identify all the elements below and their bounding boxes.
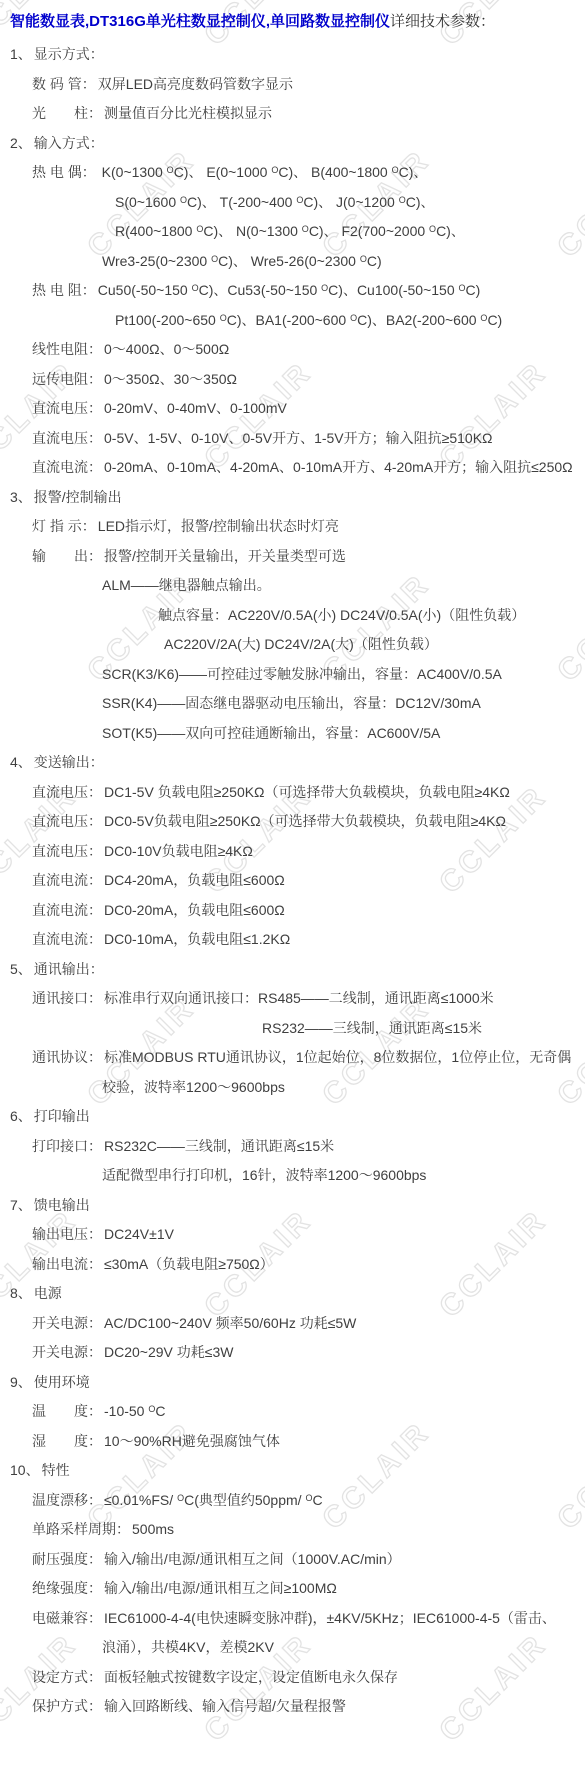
section-9: 9、使用环境温 度：-10-50 OC湿 度：10～90%RH避免强腐蚀气体 bbox=[10, 1368, 585, 1457]
section-title: 变送输出： bbox=[34, 754, 104, 770]
line-text: RS232C——三线制，通讯距离≤15米 bbox=[104, 1138, 334, 1154]
line-label: 直流电流： bbox=[32, 931, 102, 947]
line-label: 直流电流： bbox=[32, 459, 102, 475]
spec-line: 直流电流：DC0-20mA，负载电阻≤600Ω bbox=[10, 896, 585, 926]
page-title: 智能数显表,DT316G单光柱数显控制仪,单回路数显控制仪详细技术参数： bbox=[10, 8, 585, 36]
section-title: 输入方式： bbox=[34, 135, 104, 151]
line-text: DC0-5V负载电阻≥250KΩ（可选择带大负载模块，负载电阻≥4KΩ bbox=[104, 813, 506, 829]
section-3: 3、报警/控制输出灯 指 示：LED指示灯，报警/控制输出状态时灯亮输 出：报警… bbox=[10, 483, 585, 749]
line-text: DC0-10V负载电阻≥4KΩ bbox=[104, 843, 253, 859]
line-text: DC0-20mA，负载电阻≤600Ω bbox=[104, 902, 285, 918]
section-title: 打印输出 bbox=[34, 1108, 90, 1124]
spec-line: 耐压强度：输入/输出/电源/通讯相互之间（1000V.AC/min） bbox=[10, 1545, 585, 1575]
line-label: 直流电压： bbox=[32, 843, 102, 859]
section-title: 特性 bbox=[42, 1462, 70, 1478]
line-label: 输出电压： bbox=[32, 1226, 102, 1242]
line-text: ≤30mA（负载电阻≥750Ω） bbox=[104, 1256, 274, 1272]
section-heading: 8、电源 bbox=[10, 1279, 585, 1309]
spec-line: 单路采样周期：500ms bbox=[10, 1515, 585, 1545]
line-text: 标准MODBUS RTU通讯协议，1位起始位，8位数据位，1位停止位，无奇偶 bbox=[104, 1049, 571, 1065]
line-text: 0-20mV、0-40mV、0-100mV bbox=[104, 400, 287, 416]
line-text: DC1-5V 负载电阻≥250KΩ（可选择带大负载模块，负载电阻≥4KΩ bbox=[104, 784, 510, 800]
line-text: -10-50 OC bbox=[104, 1403, 166, 1419]
section-number: 8、 bbox=[10, 1285, 32, 1301]
section-heading: 1、显示方式： bbox=[10, 40, 585, 70]
line-text: Pt100(-200~650 OC)、BA1(-200~600 OC)、BA2(… bbox=[115, 312, 502, 328]
section-number: 9、 bbox=[10, 1374, 32, 1390]
line-text: S(0~1600 OC)、 T(-200~400 OC)、 J(0~1200 O… bbox=[115, 194, 434, 210]
section-1: 1、显示方式：数 码 管：双屏LED高亮度数码管数字显示光 柱：测量值百分比光柱… bbox=[10, 40, 585, 129]
spec-line: 直流电流：DC0-10mA，负载电阻≤1.2KΩ bbox=[10, 925, 585, 955]
section-4: 4、变送输出：直流电压：DC1-5V 负载电阻≥250KΩ（可选择带大负载模块，… bbox=[10, 748, 585, 955]
section-number: 6、 bbox=[10, 1108, 32, 1124]
line-text: Cu50(-50~150 OC)、Cu53(-50~150 OC)、Cu100(… bbox=[98, 282, 481, 298]
line-label: 温 度： bbox=[32, 1403, 102, 1419]
section-title: 通讯输出： bbox=[34, 961, 104, 977]
line-text: K(0~1300 OC)、 E(0~1000 OC)、 B(400~1800 O… bbox=[98, 164, 428, 180]
line-text: 双屏LED高亮度数码管数字显示 bbox=[98, 76, 293, 92]
spec-line: 打印接口：RS232C——三线制，通讯距离≤15米 bbox=[10, 1132, 585, 1162]
line-text: Wre3-25(0~2300 OC)、 Wre5-26(0~2300 OC) bbox=[102, 253, 382, 269]
spec-line: 直流电压：0-5V、1-5V、0-10V、0-5V开方、1-5V开方；输入阻抗≥… bbox=[10, 424, 585, 454]
line-text: 0～350Ω、30～350Ω bbox=[104, 371, 237, 387]
line-label: 直流电压： bbox=[32, 400, 102, 416]
line-text: AC220V/2A(大) DC24V/2A(大)（阻性负载） bbox=[164, 636, 438, 652]
spec-line: 开关电源：AC/DC100~240V 频率50/60Hz 功耗≤5W bbox=[10, 1309, 585, 1339]
line-label: 打印接口： bbox=[32, 1138, 102, 1154]
line-text: ≤0.01%FS/ OC(典型值约50ppm/ OC bbox=[104, 1492, 323, 1508]
line-text: 浪涌），共模4KV，差模2KV bbox=[102, 1639, 274, 1655]
line-text: 0-5V、1-5V、0-10V、0-5V开方、1-5V开方；输入阻抗≥510KΩ bbox=[104, 430, 493, 446]
spec-line: SSR(K4)——固态继电器驱动电压输出，容量：DC12V/30mA bbox=[10, 689, 585, 719]
spec-line: AC220V/2A(大) DC24V/2A(大)（阻性负载） bbox=[10, 630, 585, 660]
spec-line: 触点容量：AC220V/0.5A(小) DC24V/0.5A(小)（阻性负载） bbox=[10, 601, 585, 631]
line-text: 测量值百分比光柱模拟显示 bbox=[104, 105, 272, 121]
line-text: SOT(K5)——双向可控硅通断输出，容量：AC600V/5A bbox=[102, 725, 440, 741]
line-label: 直流电压： bbox=[32, 784, 102, 800]
section-heading: 10、特性 bbox=[10, 1456, 585, 1486]
section-heading: 7、馈电输出 bbox=[10, 1191, 585, 1221]
spec-line: 直流电压：DC1-5V 负载电阻≥250KΩ（可选择带大负载模块，负载电阻≥4K… bbox=[10, 778, 585, 808]
line-label: 远传电阻： bbox=[32, 371, 102, 387]
spec-line: S(0~1600 OC)、 T(-200~400 OC)、 J(0~1200 O… bbox=[10, 188, 585, 218]
line-label: 灯 指 示： bbox=[32, 518, 96, 534]
spec-line: 数 码 管：双屏LED高亮度数码管数字显示 bbox=[10, 70, 585, 100]
section-2: 2、输入方式：热 电 偶： K(0~1300 OC)、 E(0~1000 OC)… bbox=[10, 129, 585, 483]
line-text: IEC61000-4-4(电快速瞬变脉冲群)，±4KV/5KHz；IEC6100… bbox=[104, 1610, 556, 1626]
spec-line: 光 柱：测量值百分比光柱模拟显示 bbox=[10, 99, 585, 129]
line-text: DC0-10mA，负载电阻≤1.2KΩ bbox=[104, 931, 290, 947]
section-number: 2、 bbox=[10, 135, 32, 151]
line-text: DC20~29V 功耗≤3W bbox=[104, 1344, 233, 1360]
spec-line: 通讯协议：标准MODBUS RTU通讯协议，1位起始位，8位数据位，1位停止位，… bbox=[10, 1043, 585, 1073]
page-title-product-names: 智能数显表,DT316G单光柱数显控制仪,单回路数显控制仪 bbox=[10, 13, 390, 30]
spec-line: 湿 度：10～90%RH避免强腐蚀气体 bbox=[10, 1427, 585, 1457]
spec-line: 直流电流：0-20mA、0-10mA、4-20mA、0-10mA开方、4-20m… bbox=[10, 453, 585, 483]
spec-line: Pt100(-200~650 OC)、BA1(-200~600 OC)、BA2(… bbox=[10, 306, 585, 336]
line-label: 保护方式： bbox=[32, 1698, 102, 1714]
line-label: 输出电流： bbox=[32, 1256, 102, 1272]
section-heading: 4、变送输出： bbox=[10, 748, 585, 778]
section-7: 7、馈电输出输出电压：DC24V±1V输出电流：≤30mA（负载电阻≥750Ω） bbox=[10, 1191, 585, 1280]
line-label: 直流电流： bbox=[32, 902, 102, 918]
spec-line: 热 电 阻：Cu50(-50~150 OC)、Cu53(-50~150 OC)、… bbox=[10, 276, 585, 306]
line-text: SCR(K3/K6)——可控硅过零触发脉冲输出，容量：AC400V/0.5A bbox=[102, 666, 502, 682]
section-title: 报警/控制输出 bbox=[34, 489, 122, 505]
section-6: 6、打印输出打印接口：RS232C——三线制，通讯距离≤15米适配微型串行打印机… bbox=[10, 1102, 585, 1191]
section-number: 10、 bbox=[10, 1462, 40, 1478]
spec-line: 远传电阻：0～350Ω、30～350Ω bbox=[10, 365, 585, 395]
spec-line: 直流电压：DC0-5V负载电阻≥250KΩ（可选择带大负载模块，负载电阻≥4KΩ bbox=[10, 807, 585, 837]
spec-line: 直流电压：0-20mV、0-40mV、0-100mV bbox=[10, 394, 585, 424]
line-label: 开关电源： bbox=[32, 1344, 102, 1360]
line-text: LED指示灯，报警/控制输出状态时灯亮 bbox=[98, 518, 339, 534]
spec-line: 电磁兼容：IEC61000-4-4(电快速瞬变脉冲群)，±4KV/5KHz；IE… bbox=[10, 1604, 585, 1634]
section-title: 使用环境 bbox=[34, 1374, 90, 1390]
spec-line: 直流电压：DC0-10V负载电阻≥4KΩ bbox=[10, 837, 585, 867]
line-text: R(400~1800 OC)、 N(0~1300 OC)、 F2(700~200… bbox=[115, 223, 465, 239]
spec-line: SOT(K5)——双向可控硅通断输出，容量：AC600V/5A bbox=[10, 719, 585, 749]
section-8: 8、电源开关电源：AC/DC100~240V 频率50/60Hz 功耗≤5W开关… bbox=[10, 1279, 585, 1368]
spec-line: 线性电阻：0～400Ω、0～500Ω bbox=[10, 335, 585, 365]
section-number: 7、 bbox=[10, 1197, 32, 1213]
section-title: 电源 bbox=[34, 1285, 62, 1301]
line-label: 线性电阻： bbox=[32, 341, 102, 357]
line-text: 输入回路断线、输入信号超/欠量程报警 bbox=[104, 1698, 346, 1714]
line-text: 标准串行双向通讯接口：RS485——二线制，通讯距离≤1000米 bbox=[104, 990, 494, 1006]
section-heading: 2、输入方式： bbox=[10, 129, 585, 159]
line-text: 0-20mA、0-10mA、4-20mA、0-10mA开方、4-20mA开方；输… bbox=[104, 459, 573, 475]
section-10: 10、特性温度漂移：≤0.01%FS/ OC(典型值约50ppm/ OC单路采样… bbox=[10, 1456, 585, 1722]
line-label: 光 柱： bbox=[32, 105, 102, 121]
line-text: 适配微型串行打印机，16针，波特率1200～9600bps bbox=[102, 1167, 426, 1183]
section-heading: 3、报警/控制输出 bbox=[10, 483, 585, 513]
section-number: 1、 bbox=[10, 46, 32, 62]
line-label: 直流电流： bbox=[32, 872, 102, 888]
line-text: 输入/输出/电源/通讯相互之间≥100MΩ bbox=[104, 1580, 337, 1596]
section-heading: 9、使用环境 bbox=[10, 1368, 585, 1398]
line-label: 输 出： bbox=[32, 548, 102, 564]
line-label: 数 码 管： bbox=[32, 76, 96, 92]
spec-line: ALM——继电器触点输出。 bbox=[10, 571, 585, 601]
page-title-suffix: 详细技术参数： bbox=[390, 13, 495, 30]
spec-line: 输出电流：≤30mA（负载电阻≥750Ω） bbox=[10, 1250, 585, 1280]
line-label: 直流电压： bbox=[32, 813, 102, 829]
spec-document: 智能数显表,DT316G单光柱数显控制仪,单回路数显控制仪详细技术参数： 1、显… bbox=[0, 0, 585, 1722]
line-label: 热 电 偶： bbox=[32, 164, 96, 180]
line-text: 校验，波特率1200～9600bps bbox=[102, 1079, 285, 1095]
spec-line: 输 出：报警/控制开关量输出，开关量类型可选 bbox=[10, 542, 585, 572]
section-title: 馈电输出 bbox=[34, 1197, 90, 1213]
line-label: 热 电 阻： bbox=[32, 282, 96, 298]
line-label: 通讯接口： bbox=[32, 990, 102, 1006]
line-label: 单路采样周期： bbox=[32, 1521, 130, 1537]
spec-line: SCR(K3/K6)——可控硅过零触发脉冲输出，容量：AC400V/0.5A bbox=[10, 660, 585, 690]
spec-line: 绝缘强度：输入/输出/电源/通讯相互之间≥100MΩ bbox=[10, 1574, 585, 1604]
spec-line: 通讯接口：标准串行双向通讯接口：RS485——二线制，通讯距离≤1000米 bbox=[10, 984, 585, 1014]
line-text: 输入/输出/电源/通讯相互之间（1000V.AC/min） bbox=[104, 1551, 401, 1567]
spec-line: R(400~1800 OC)、 N(0~1300 OC)、 F2(700~200… bbox=[10, 217, 585, 247]
spec-line: 适配微型串行打印机，16针，波特率1200～9600bps bbox=[10, 1161, 585, 1191]
spec-line: 温 度：-10-50 OC bbox=[10, 1397, 585, 1427]
line-label: 耐压强度： bbox=[32, 1551, 102, 1567]
spec-line: 灯 指 示：LED指示灯，报警/控制输出状态时灯亮 bbox=[10, 512, 585, 542]
spec-line: 保护方式：输入回路断线、输入信号超/欠量程报警 bbox=[10, 1692, 585, 1722]
line-text: 0～400Ω、0～500Ω bbox=[104, 341, 229, 357]
spec-line: 输出电压：DC24V±1V bbox=[10, 1220, 585, 1250]
section-number: 4、 bbox=[10, 754, 32, 770]
line-label: 湿 度： bbox=[32, 1433, 102, 1449]
line-label: 直流电压： bbox=[32, 430, 102, 446]
line-label: 电磁兼容： bbox=[32, 1610, 102, 1626]
spec-line: 热 电 偶： K(0~1300 OC)、 E(0~1000 OC)、 B(400… bbox=[10, 158, 585, 188]
spec-line: 开关电源：DC20~29V 功耗≤3W bbox=[10, 1338, 585, 1368]
line-text: 报警/控制开关量输出，开关量类型可选 bbox=[104, 548, 346, 564]
line-text: 10～90%RH避免强腐蚀气体 bbox=[104, 1433, 280, 1449]
section-heading: 5、通讯输出： bbox=[10, 955, 585, 985]
spec-line: 温度漂移：≤0.01%FS/ OC(典型值约50ppm/ OC bbox=[10, 1486, 585, 1516]
line-text: ALM——继电器触点输出。 bbox=[102, 577, 271, 593]
line-text: 500ms bbox=[132, 1521, 174, 1537]
line-label: 通讯协议： bbox=[32, 1049, 102, 1065]
line-text: RS232——三线制，通讯距离≤15米 bbox=[262, 1020, 482, 1036]
line-text: SSR(K4)——固态继电器驱动电压输出，容量：DC12V/30mA bbox=[102, 695, 481, 711]
section-number: 3、 bbox=[10, 489, 32, 505]
line-text: AC/DC100~240V 频率50/60Hz 功耗≤5W bbox=[104, 1315, 356, 1331]
line-text: 触点容量：AC220V/0.5A(小) DC24V/0.5A(小)（阻性负载） bbox=[158, 607, 525, 623]
line-label: 绝缘强度： bbox=[32, 1580, 102, 1596]
spec-line: Wre3-25(0~2300 OC)、 Wre5-26(0~2300 OC) bbox=[10, 247, 585, 277]
section-title: 显示方式： bbox=[34, 46, 104, 62]
section-5: 5、通讯输出：通讯接口：标准串行双向通讯接口：RS485——二线制，通讯距离≤1… bbox=[10, 955, 585, 1103]
spec-line: 直流电流：DC4-20mA，负载电阻≤600Ω bbox=[10, 866, 585, 896]
spec-line: RS232——三线制，通讯距离≤15米 bbox=[10, 1014, 585, 1044]
section-number: 5、 bbox=[10, 961, 32, 977]
section-heading: 6、打印输出 bbox=[10, 1102, 585, 1132]
line-label: 开关电源： bbox=[32, 1315, 102, 1331]
spec-sections: 1、显示方式：数 码 管：双屏LED高亮度数码管数字显示光 柱：测量值百分比光柱… bbox=[10, 40, 585, 1722]
spec-line: 设定方式：面板轻触式按键数字设定，设定值断电永久保存 bbox=[10, 1663, 585, 1693]
line-label: 温度漂移： bbox=[32, 1492, 102, 1508]
spec-line: 校验，波特率1200～9600bps bbox=[10, 1073, 585, 1103]
line-text: 面板轻触式按键数字设定，设定值断电永久保存 bbox=[104, 1669, 398, 1685]
line-label: 设定方式： bbox=[32, 1669, 102, 1685]
spec-line: 浪涌），共模4KV，差模2KV bbox=[10, 1633, 585, 1663]
line-text: DC4-20mA，负载电阻≤600Ω bbox=[104, 872, 285, 888]
line-text: DC24V±1V bbox=[104, 1226, 174, 1242]
